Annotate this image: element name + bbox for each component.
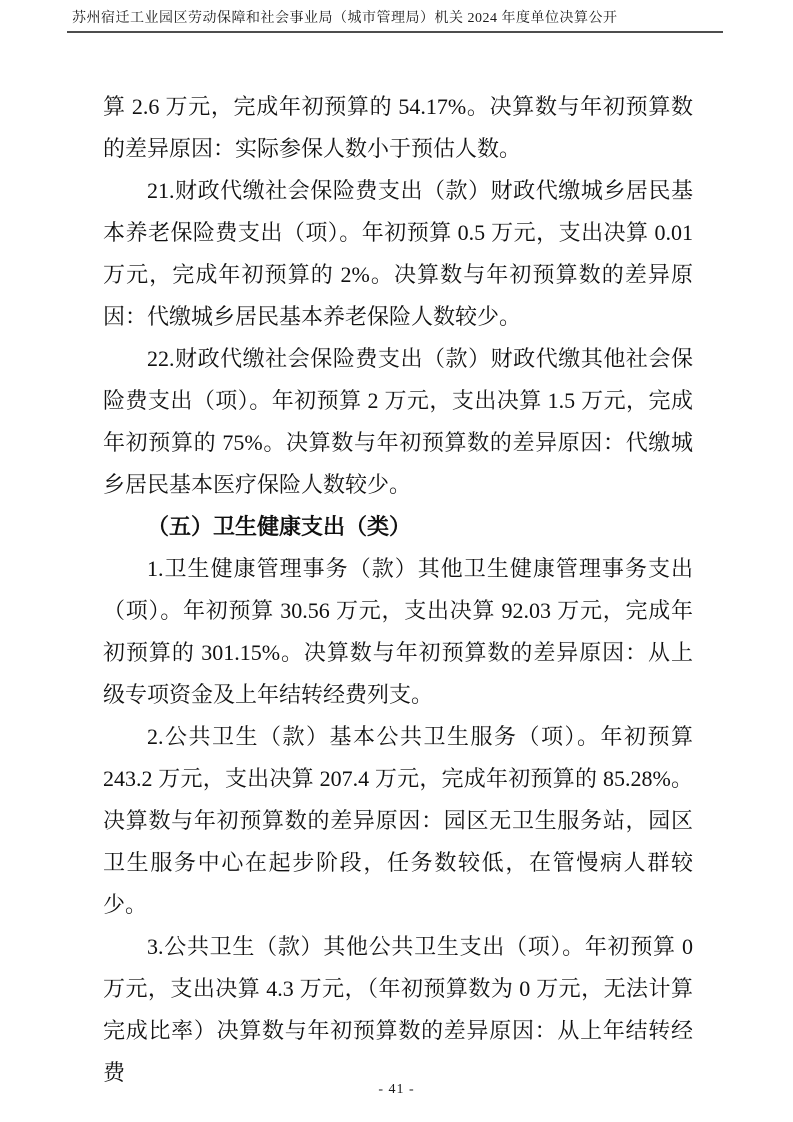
section-heading: （五）卫生健康支出（类）: [103, 506, 693, 548]
page-header: 苏州宿迁工业园区劳动保障和社会事业局（城市管理局）机关 2024 年度单位决算公…: [67, 10, 723, 33]
paragraph-6: 3.公共卫生（款）其他公共卫生支出（项）。年初预算 0 万元，支出决算 4.3 …: [103, 926, 693, 1094]
document-body: 算 2.6 万元，完成年初预算的 54.17%。决算数与年初预算数的差异原因：实…: [103, 86, 693, 1094]
paragraph-2: 22.财政代缴社会保险费支出（款）财政代缴其他社会保险费支出（项）。年初预算 2…: [103, 338, 693, 506]
paragraph-0: 算 2.6 万元，完成年初预算的 54.17%。决算数与年初预算数的差异原因：实…: [103, 86, 693, 170]
page-number: - 41 -: [0, 1082, 793, 1098]
paragraph-4: 1.卫生健康管理事务（款）其他卫生健康管理事务支出（项）。年初预算 30.56 …: [103, 548, 693, 716]
page-header-title: 苏州宿迁工业园区劳动保障和社会事业局（城市管理局）机关 2024 年度单位决算公…: [67, 10, 723, 27]
document-page: 苏州宿迁工业园区劳动保障和社会事业局（城市管理局）机关 2024 年度单位决算公…: [0, 0, 793, 1122]
paragraph-5: 2.公共卫生（款）基本公共卫生服务（项）。年初预算 243.2 万元，支出决算 …: [103, 716, 693, 926]
paragraph-1: 21.财政代缴社会保险费支出（款）财政代缴城乡居民基本养老保险费支出（项）。年初…: [103, 170, 693, 338]
